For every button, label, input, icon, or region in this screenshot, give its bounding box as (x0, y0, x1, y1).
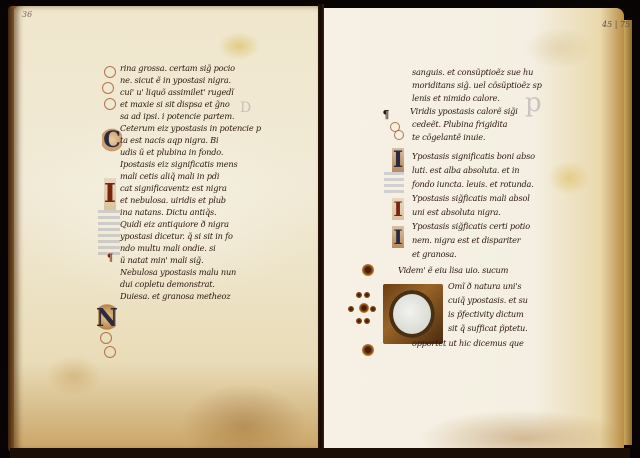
text-line: cui' u' liquõ assimilet' rugedĩ (120, 86, 234, 98)
show-through-text: p (525, 88, 542, 118)
bottom-shadow (10, 448, 630, 458)
paragraph-mark-q: ¶ (106, 252, 114, 264)
text-line: rina grossa. certam sig̃ pocio (120, 62, 235, 74)
right-flourish-top (388, 122, 406, 142)
text-line: cedeẽt. Plubina frigidita (412, 118, 507, 130)
dot-ornament (364, 292, 370, 298)
text-line: ũ natat min' mali sig̃. (120, 254, 203, 266)
rosette-ornament (362, 344, 374, 356)
text-line: Ipostasis eiz significatis mens (120, 158, 237, 170)
text-line: ina natans. Dictu antiq̃s. (120, 206, 216, 218)
text-line: moriditans sig̃. uel cõsũptioẽz sp (412, 79, 542, 91)
illuminated-initial-o (383, 284, 443, 344)
text-line: Ypostasis sig̃ficatis mali absol (412, 192, 530, 204)
text-line: sanguis. et consũptioẽz sue hu (412, 66, 533, 78)
dot-ornament (356, 318, 362, 324)
dot-ornament (364, 318, 370, 324)
blue-pen-flourish-right (384, 172, 404, 196)
text-line: te cõgelantẽ inuie. (412, 131, 485, 143)
text-line: ta est nacis aqp nigra. Bi (120, 134, 218, 146)
text-line: nem. nigra est et dispariter (412, 234, 520, 246)
text-line: Ceterum eiz ypostasis in potencie p (120, 122, 261, 134)
text-line: lenis et nimido calore. (412, 92, 500, 104)
paragraph-mark-v: ¶ (382, 108, 390, 120)
text-line: Duiesa. et granosa metheoz (120, 290, 230, 302)
text-line: cuiq̃ ypostasis. et su (448, 294, 528, 306)
folio-number-right: 45 | 75 (602, 20, 630, 29)
text-line: Ypostasis sig̃ficatis certi potio (412, 220, 530, 232)
text-line: dui copletu demonstrat. (120, 278, 215, 290)
dot-ornament (348, 306, 354, 312)
initial-n: N (98, 302, 116, 332)
text-line: ndo multu mali ondie. si (120, 242, 216, 254)
initial-i-red: I (104, 178, 116, 210)
text-line: sa ad ipsi. i potencie partem. (120, 110, 234, 122)
folio-number-left: 36 (22, 10, 32, 19)
text-line: Quidi eiz antiquiore ð nigra (120, 218, 229, 230)
text-line: cat significaventz est nigra (120, 182, 227, 194)
text-line: uni est absoluta nigra. (412, 206, 501, 218)
rosette-ornament (362, 264, 374, 276)
text-line: Viridis ypostasis calorẽ sig̃i (410, 105, 518, 117)
manuscript-photo: 36 45 | 75 C I ¶ N rina grossa. certam s… (0, 0, 640, 458)
show-through-text: D (240, 100, 251, 116)
text-line: Videm' ẽ eiu lisa uio. sucum (398, 264, 508, 276)
text-line: et maxie si sit dispsa et g̃no (120, 98, 230, 110)
rosette-ornament (359, 303, 369, 313)
text-line: et nebulosa. uiridis et plub (120, 194, 226, 206)
initial-i-blue-2: I (392, 226, 404, 248)
blue-pen-flourish (98, 210, 120, 258)
text-line: Nebulosa ypostasis malu nun (120, 266, 236, 278)
text-line: mali cetis aliq̃ mali in pdi (120, 170, 219, 182)
page-edge-right (624, 20, 632, 445)
text-line: opportet ut hic dicemus que (412, 337, 524, 349)
dot-ornament (356, 292, 362, 298)
text-line: sit q̃ sufficat p̃ptetu. (448, 322, 527, 334)
text-line: ypostasi dicetur. q̃ si sit in fo (120, 230, 233, 242)
initial-c: C (102, 128, 122, 152)
text-line: luti. est alba absoluta. et in (412, 164, 519, 176)
text-line: fondo iuncta. leuis. et rotunda. (412, 178, 534, 190)
dot-ornament (370, 306, 376, 312)
initial-i-blue: I (392, 148, 404, 172)
text-line: ne. sicut ẽ in ypostasi nigra. (120, 74, 231, 86)
text-line: udis ũ et plubina in fondo. (120, 146, 223, 158)
initial-i-red-right: I (392, 198, 404, 220)
text-line: et granosa. (412, 248, 456, 260)
text-line: Omĩ ð natura uni's (448, 280, 521, 292)
text-line: is p̃fectivity dictum (448, 308, 524, 320)
text-line: Ypostasis significatis boni abso (412, 150, 535, 162)
